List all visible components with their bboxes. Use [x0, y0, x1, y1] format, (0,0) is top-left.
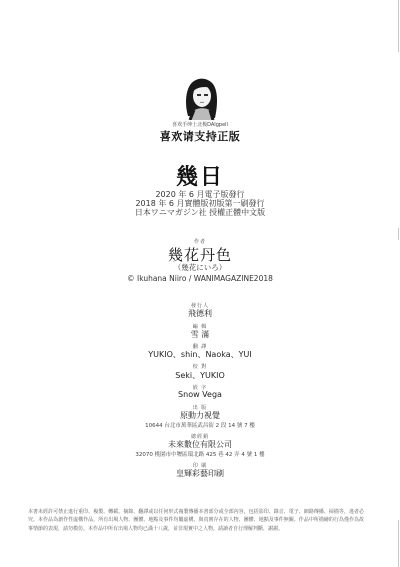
book-title: 幾日 [0, 160, 400, 191]
legal-disclaimer: 本書未經許可禁止進行重印、複製、轉載、摘錄、翻譯或以任何形式複製傳播本書部分或全… [28, 508, 364, 533]
distributor-address: 32070 桃園市中壢區環北路 425 巷 42 弄 4 號 1 樓 [0, 450, 400, 458]
publishing-value: 原動力視覺 [0, 410, 400, 421]
publisher-value: 飛德利 [0, 308, 400, 319]
page-edge-line-top [398, 0, 399, 52]
distributor-value: 未來數位有限公司 [0, 439, 400, 450]
printer-value: 皇輝彩藝印刷 [0, 468, 400, 479]
page-edge-line-bottom [398, 520, 399, 567]
editor-value: 雪 滿 [0, 329, 400, 340]
copyright-line: © Ikuhana Niiro / WANIMAGAZINE2018 [0, 274, 400, 283]
publication-line-1: 2020 年 6 月電子版發行 [0, 190, 400, 199]
publishing-address: 10644 台北市萬華區武昌街 2 段 14 號 7 樓 [0, 421, 400, 429]
girl-portrait-icon [180, 76, 222, 120]
credit-small-text: 喜欢手绅士北极DAIgpell [0, 121, 400, 128]
proofreader-value: Seki、YUKIO [0, 370, 400, 381]
publication-line-3: 日本ワニマガジン社 授權正體中文版 [0, 208, 400, 217]
publication-line-2: 2018 年 6 月實體版初版第一刷發行 [0, 199, 400, 208]
proofreader-label: 校 對 [0, 363, 400, 370]
typesetter-value: Snow Vega [0, 390, 400, 399]
author-reading: （幾花にいろ） [0, 262, 400, 273]
promo-text: 喜欢请支持正版 [0, 128, 400, 144]
translator-value: YUKIO、shin、Naoka、YUI [0, 349, 400, 360]
